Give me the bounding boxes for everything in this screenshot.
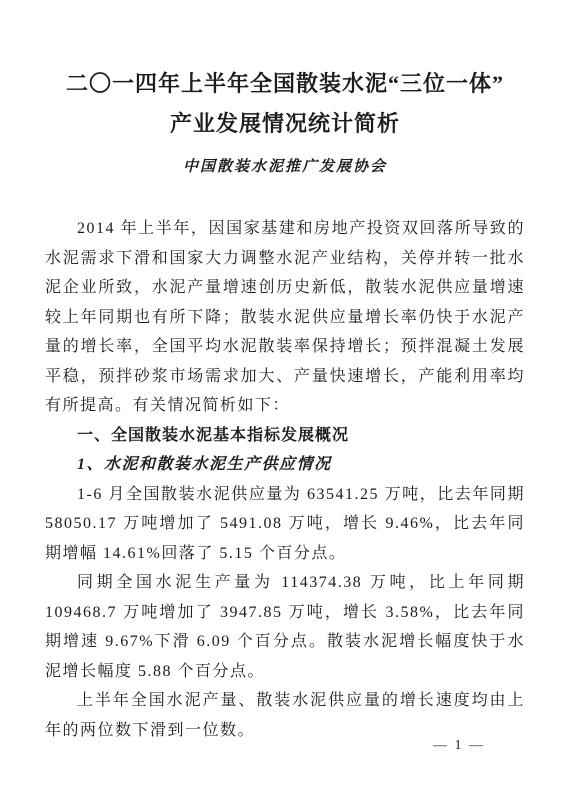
growth-trend-paragraph: 上半年全国水泥产量、散装水泥供应量的增长速度均由上年的两位数下滑到一位数。	[45, 686, 525, 745]
document-content: 二〇一四年上半年全国散装水泥“三位一体” 产业发展情况统计简析 中国散装水泥推广…	[0, 0, 570, 745]
intro-paragraph: 2014 年上半年，因国家基建和房地产投资双回落所导致的水泥需求下滑和国家大力调…	[45, 214, 525, 421]
document-page: 二〇一四年上半年全国散装水泥“三位一体” 产业发展情况统计简析 中国散装水泥推广…	[0, 0, 570, 800]
title-line-2: 产业发展情况统计简析	[45, 104, 525, 144]
page-number: — 1 —	[433, 738, 485, 754]
bulk-cement-supply-paragraph: 1-6 月全国散装水泥供应量为 63541.25 万吨，比去年同期 58050.…	[45, 480, 525, 569]
document-body: 2014 年上半年，因国家基建和房地产投资双回落所导致的水泥需求下滑和国家大力调…	[45, 214, 525, 745]
section-heading: 一、全国散装水泥基本指标发展概况	[45, 421, 525, 451]
cement-production-paragraph: 同期全国水泥生产量为 114374.38 万吨，比上年同期 109468.7 万…	[45, 568, 525, 686]
sub-heading: 1、水泥和散装水泥生产供应情况	[45, 450, 525, 480]
title-line-1: 二〇一四年上半年全国散装水泥“三位一体”	[45, 64, 525, 104]
document-author: 中国散装水泥推广发展协会	[45, 156, 525, 178]
document-title: 二〇一四年上半年全国散装水泥“三位一体” 产业发展情况统计简析	[45, 64, 525, 144]
